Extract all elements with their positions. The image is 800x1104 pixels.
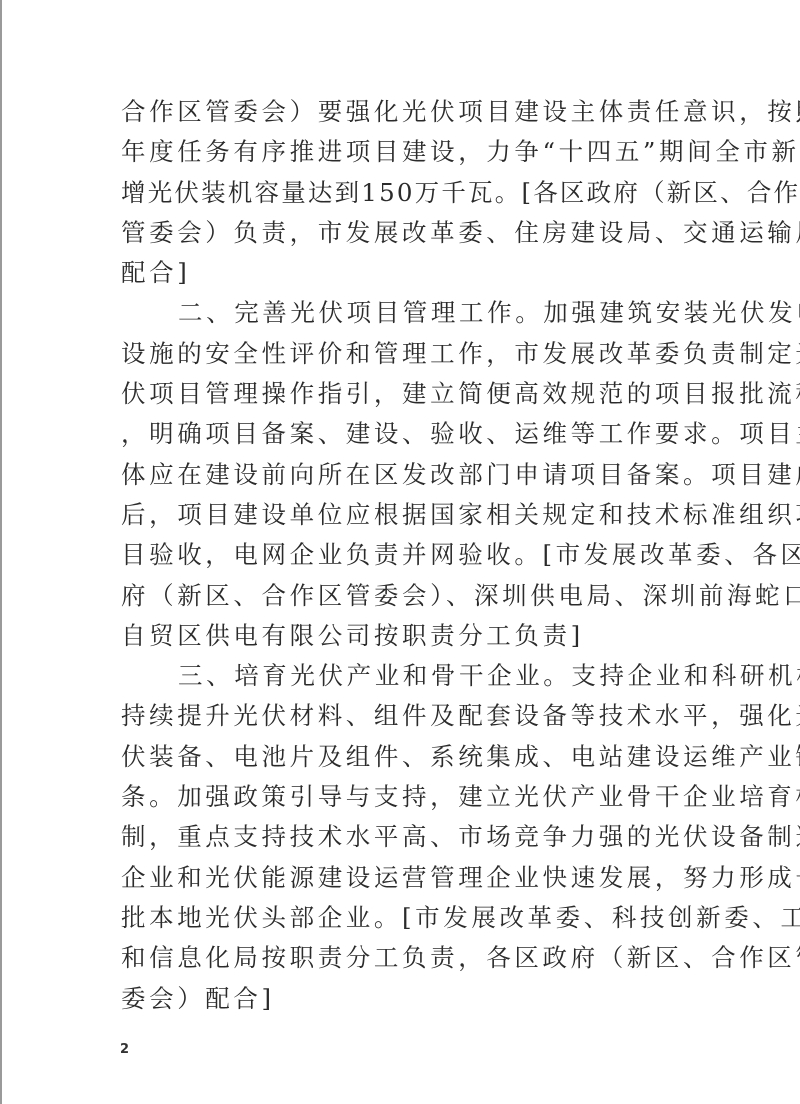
text-line: 和信息化局按职责分工负责，各区政府（新区、合作区管 [121, 938, 666, 978]
section-heading-line: 三、培育光伏产业和骨干企业。支持企业和科研机构 [121, 656, 666, 696]
document-body: 合作区管委会）要强化光伏项目建设主体责任意识，按照 年度任务有序推进项目建设，力… [121, 92, 666, 1019]
text-line: ，明确项目备案、建设、验收、运维等工作要求。项目主 [121, 414, 666, 454]
page-number: 2 [120, 1042, 129, 1057]
text-line: 委会）配合] [121, 979, 666, 1019]
text-line: 持续提升光伏材料、组件及配套设备等技术水平，强化光 [121, 696, 666, 736]
text-line: 管委会）负责，市发展改革委、住房建设局、交通运输局 [121, 213, 666, 253]
text-line: 配合] [121, 253, 666, 293]
text-line: 目验收，电网企业负责并网验收。[市发展改革委、各区政 [121, 535, 666, 575]
text-line: 制，重点支持技术水平高、市场竞争力强的光伏设备制造 [121, 817, 666, 857]
text-line: 自贸区供电有限公司按职责分工负责] [121, 616, 666, 656]
text-line: 府（新区、合作区管委会）、深圳供电局、深圳前海蛇口 [121, 576, 666, 616]
text-line: 设施的安全性评价和管理工作，市发展改革委负责制定光 [121, 334, 666, 374]
text-line: 伏项目管理操作指引，建立简便高效规范的项目报批流程 [121, 374, 666, 414]
text-line: 合作区管委会）要强化光伏项目建设主体责任意识，按照 [121, 92, 666, 132]
text-line: 增光伏装机容量达到150万千瓦。[各区政府（新区、合作区 [121, 173, 666, 213]
text-line: 体应在建设前向所在区发改部门申请项目备案。项目建成 [121, 455, 666, 495]
text-line: 企业和光伏能源建设运营管理企业快速发展，努力形成一 [121, 858, 666, 898]
text-line: 批本地光伏头部企业。[市发展改革委、科技创新委、工业 [121, 898, 666, 938]
text-line: 年度任务有序推进项目建设，力争“十四五”期间全市新 [121, 132, 666, 172]
text-line: 伏装备、电池片及组件、系统集成、电站建设运维产业链 [121, 737, 666, 777]
text-line: 条。加强政策引导与支持，建立光伏产业骨干企业培育机 [121, 777, 666, 817]
section-heading-line: 二、完善光伏项目管理工作。加强建筑安装光伏发电 [121, 293, 666, 333]
text-line: 后，项目建设单位应根据国家相关规定和技术标准组织项 [121, 495, 666, 535]
document-page: 合作区管委会）要强化光伏项目建设主体责任意识，按照 年度任务有序推进项目建设，力… [0, 0, 800, 1104]
